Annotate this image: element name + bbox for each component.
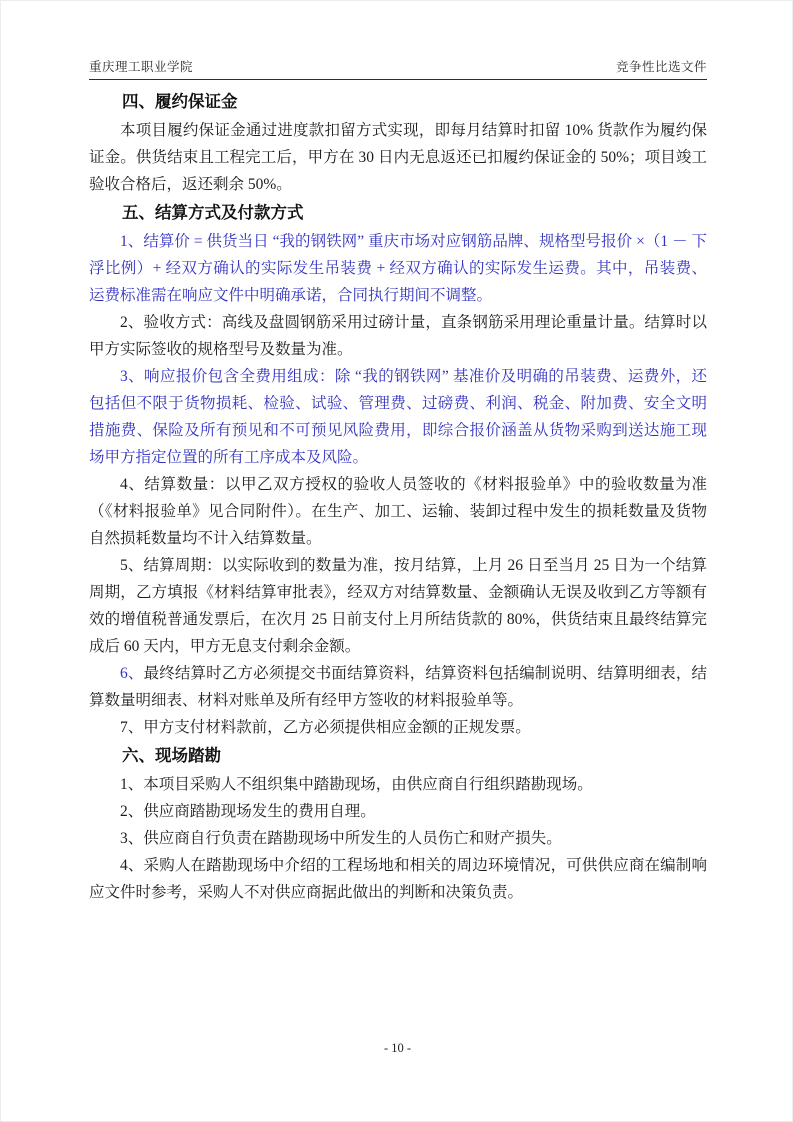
paragraph: 本项目履约保证金通过进度款扣留方式实现，即每月结算时扣留 10% 货款作为履约保… (89, 117, 707, 198)
paragraph-text: 7、甲方支付材料款前，乙方必须提供相应金额的正规发票。 (120, 719, 531, 736)
section-heading-performance-bond: 四、履约保证金 (89, 87, 707, 117)
paragraph: 2、验收方式：高线及盘圆钢筋采用过磅计量，直条钢筋采用理论重量计量。结算时以甲方… (89, 309, 707, 363)
paragraph: 4、采购人在踏勘现场中介绍的工程场地和相关的周边环境情况，可供供应商在编制响应文… (89, 852, 707, 906)
header-divider (89, 79, 707, 80)
section-heading-settlement-payment: 五、结算方式及付款方式 (89, 198, 707, 228)
paragraph-text: 4、采购人在踏勘现场中介绍的工程场地和相关的周边环境情况，可供供应商在编制响应文… (89, 857, 707, 901)
paragraph: 5、结算周期：以实际收到的数量为准，按月结算，上月 26 日至当月 25 日为一… (89, 552, 707, 660)
paragraph-text: 2、供应商踏勘现场发生的费用自理。 (120, 803, 376, 820)
paragraph: 1、本项目采购人不组织集中踏勘现场，由供应商自行组织踏勘现场。 (89, 771, 707, 798)
paragraph: 1、结算价 = 供货当日 “我的钢铁网” 重庆市场对应钢筋品牌、规格型号报价 ×… (89, 228, 707, 309)
paragraph: 6、最终结算时乙方必须提交书面结算资料，结算资料包括编制说明、结算明细表，结算数… (89, 660, 707, 714)
paragraph: 7、甲方支付材料款前，乙方必须提供相应金额的正规发票。 (89, 714, 707, 741)
paragraph-text: 3、响应报价包含全费用组成：除 “我的钢铁网” 基准价及明确的吊装费、运费外，还… (89, 368, 707, 466)
paragraph-text: 本项目履约保证金通过进度款扣留方式实现，即每月结算时扣留 10% 货款作为履约保… (89, 122, 707, 193)
section-heading-site-survey: 六、现场踏勘 (89, 741, 707, 771)
paragraph-text: 5、结算周期：以实际收到的数量为准，按月结算，上月 26 日至当月 25 日为一… (89, 557, 707, 655)
header-school-name: 重庆理工职业学院 (89, 57, 193, 75)
paragraph-text: 3、供应商自行负责在踏勘现场中所发生的人员伤亡和财产损失。 (120, 830, 562, 847)
paragraph: 3、供应商自行负责在踏勘现场中所发生的人员伤亡和财产损失。 (89, 825, 707, 852)
page-footer: - 10 - (1, 1041, 793, 1056)
document-body: 四、履约保证金 本项目履约保证金通过进度款扣留方式实现，即每月结算时扣留 10%… (89, 87, 707, 906)
page-number: - 10 - (384, 1041, 411, 1055)
paragraph-text: 1、结算价 = 供货当日 “我的钢铁网” 重庆市场对应钢筋品牌、规格型号报价 ×… (89, 233, 707, 304)
paragraph: 3、响应报价包含全费用组成：除 “我的钢铁网” 基准价及明确的吊装费、运费外，还… (89, 363, 707, 471)
paragraph-text: 1、本项目采购人不组织集中踏勘现场，由供应商自行组织踏勘现场。 (120, 776, 593, 793)
document-page: 重庆理工职业学院 竞争性比选文件 四、履约保证金 本项目履约保证金通过进度款扣留… (0, 0, 793, 1122)
paragraph-text: 最终结算时乙方必须提交书面结算资料，结算资料包括编制说明、结算明细表，结算数量明… (89, 665, 707, 709)
paragraph-number: 6、 (120, 665, 144, 682)
paragraph-text: 4、结算数量：以甲乙双方授权的验收人员签收的《材料报验单》中的验收数量为准（《材… (89, 476, 707, 547)
paragraph: 2、供应商踏勘现场发生的费用自理。 (89, 798, 707, 825)
paragraph: 4、结算数量：以甲乙双方授权的验收人员签收的《材料报验单》中的验收数量为准（《材… (89, 471, 707, 552)
paragraph-text: 2、验收方式：高线及盘圆钢筋采用过磅计量，直条钢筋采用理论重量计量。结算时以甲方… (89, 314, 707, 358)
header-doc-type: 竞争性比选文件 (616, 57, 707, 75)
page-header: 重庆理工职业学院 竞争性比选文件 (89, 57, 707, 75)
